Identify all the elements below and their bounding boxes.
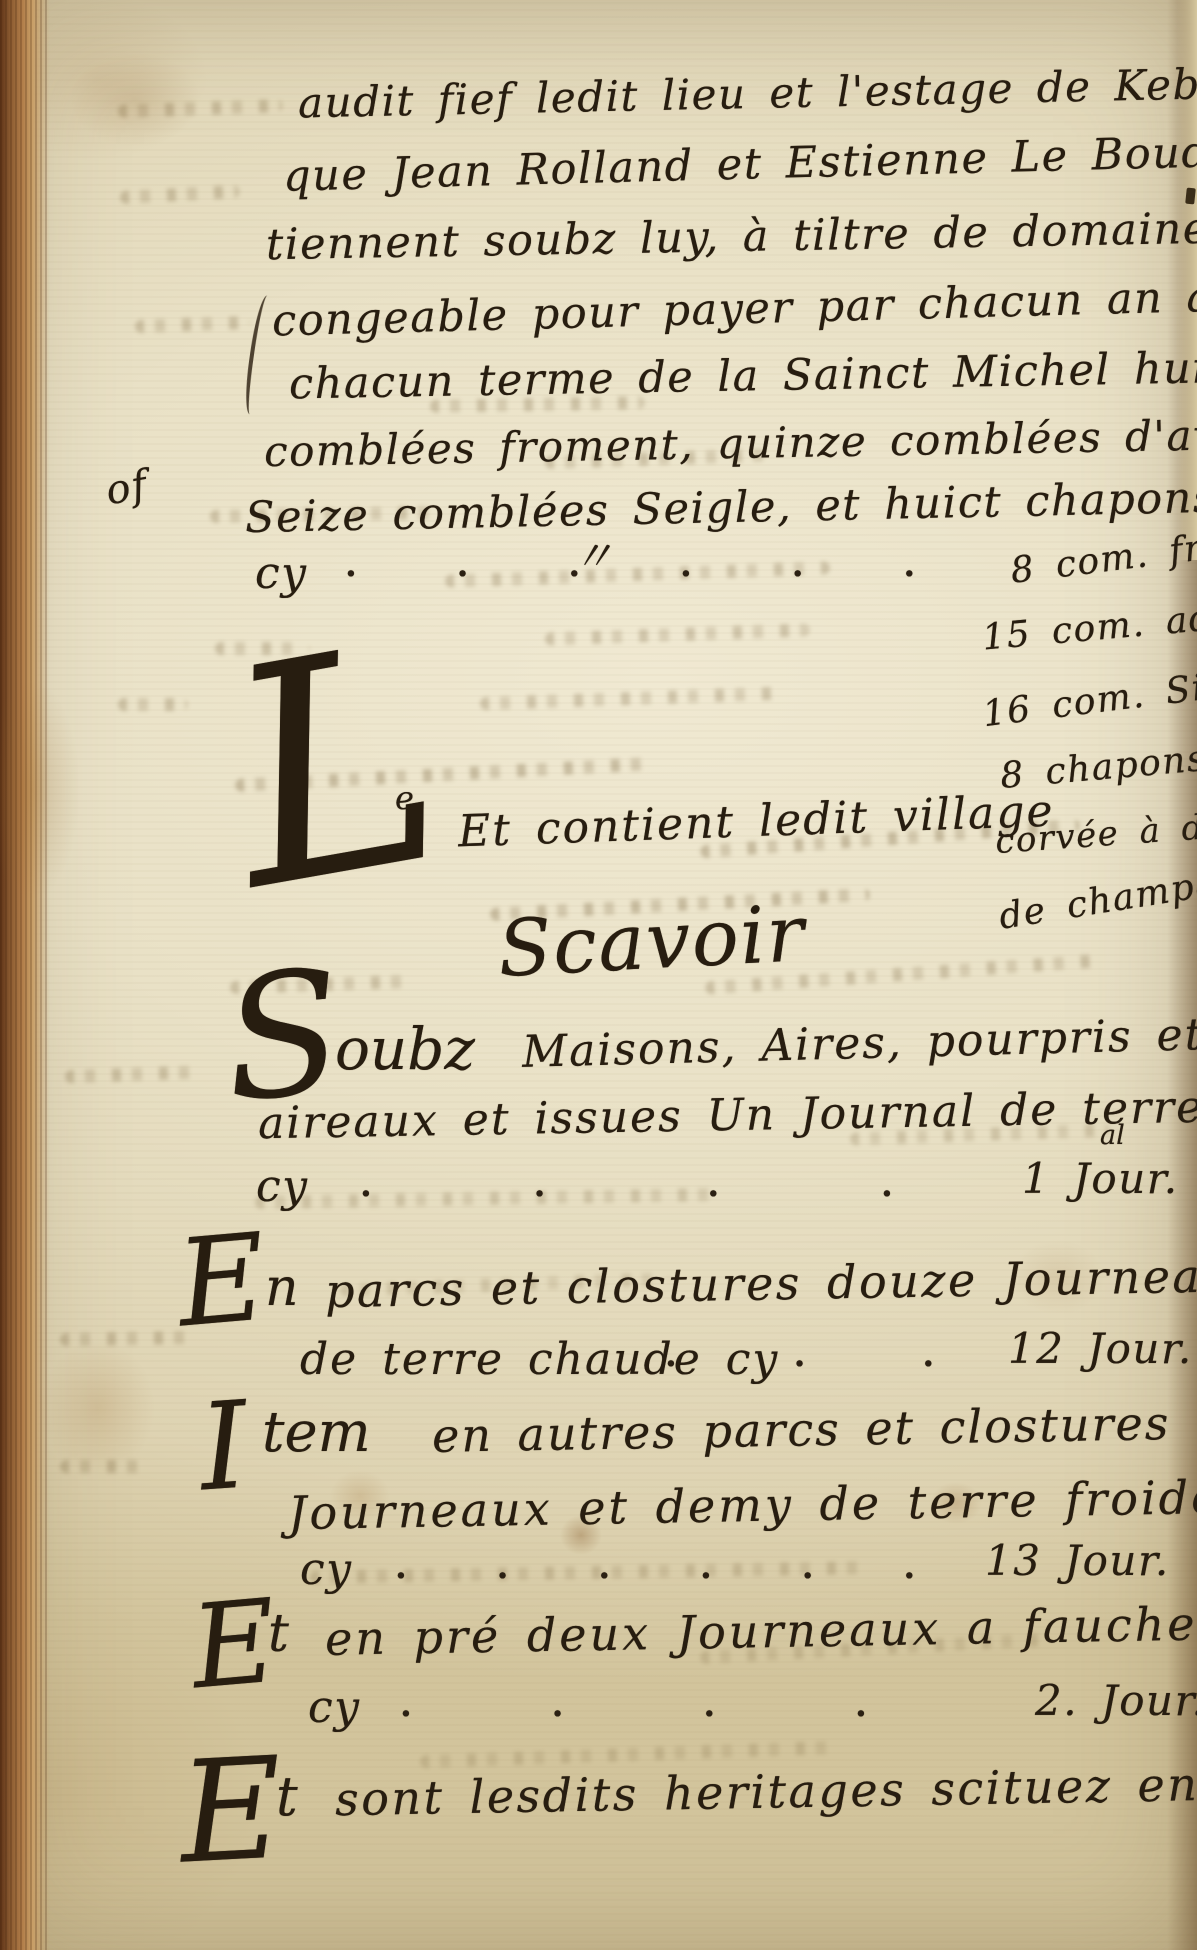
item-line: sont lesdits heritages scituez entre [335,1760,1197,1822]
leader-dots: . . . . [400,1688,867,1722]
value-amount: 12 Jour. [1008,1328,1193,1370]
margin-total: 16 com. Sigle [981,663,1197,733]
cy-word: cy [308,1686,361,1730]
manuscript-page: audit fief ledit lieu et l'estage de Keb… [0,0,1197,1950]
item-line: parcs et clostures douze Journeaux [325,1252,1197,1314]
bleedthrough-mark [60,1331,200,1346]
book-binding-edge [0,0,50,1950]
value-amount: 1 Jour. [1022,1158,1179,1200]
scavoir-word: Scavoir [496,895,807,989]
item-initial-rest: t [268,1608,289,1660]
stain [40,1340,155,1475]
item-line: en pré deux Journeaux a faucher [325,1600,1197,1662]
heading-initial: L [210,603,458,933]
manuscript-line: comblées froment, quinze comblées d'avoi… [264,413,1197,473]
leader-dots: . . . [665,1338,934,1372]
bleedthrough-mark [545,623,810,645]
margin-mark: 〃 [572,536,616,578]
bleedthrough-mark [65,1066,195,1084]
pen-stroke [242,294,277,415]
cy-word: cy [255,552,308,596]
manuscript-line: que Jean Rolland et Estienne Le Boudib [283,130,1197,198]
stain [70,52,200,147]
value-amount: 2. Jour. [1035,1680,1197,1722]
manuscript-line: tiennent soubz luy, à tiltre de domaine [266,208,1197,267]
bleedthrough-mark [120,185,241,204]
item-initial: E [176,1739,285,1884]
item-line: en autres parcs et clostures treize [432,1397,1197,1459]
item-line: aireaux et issues Un Journal de terre [258,1086,1197,1147]
leader-dots: . . . . . . [395,1550,915,1584]
heading-initial-small: e [395,782,414,814]
item-initial-rest: t [276,1770,298,1824]
item-initial-rest: n [265,1262,299,1314]
bleedthrough-mark [60,1460,150,1473]
heading-line: Et contient ledit village [457,790,1055,855]
item-line: Maisons, Aires, pourpris et [522,1013,1197,1075]
margin-total: 15 com. ad. [981,599,1197,656]
manuscript-line: chacun terme de la Sainct Michel huict [289,347,1197,407]
item-initial: E [173,1218,271,1345]
item-line: Journeaux et demy de terre froide [288,1474,1197,1536]
manuscript-line: Seize comblées Seigle, et huict chapons [245,477,1197,540]
cy-word: cy [300,1548,353,1592]
margin-mark: of [103,465,151,512]
item-initial: I [196,1386,252,1509]
cy-word: cy [256,1165,309,1209]
item-initial-rest: tem [262,1405,371,1461]
value-superscript: al [1100,1122,1125,1149]
manuscript-line: congeable pour payer par chacun an a, [272,275,1197,343]
item-initial-rest: oubz [335,1020,475,1078]
item-initial: E [187,1585,281,1707]
edge-ink-mark [1185,188,1196,205]
bleedthrough-mark [480,687,780,710]
leader-dots: . . . . . . [345,548,915,582]
bleedthrough-mark [118,99,283,118]
manuscript-line: audit fief ledit lieu et l'estage de Keb… [298,62,1197,125]
bleedthrough-mark [135,316,250,333]
bleedthrough-mark [118,698,188,711]
leader-dots: . . . . [360,1168,893,1202]
